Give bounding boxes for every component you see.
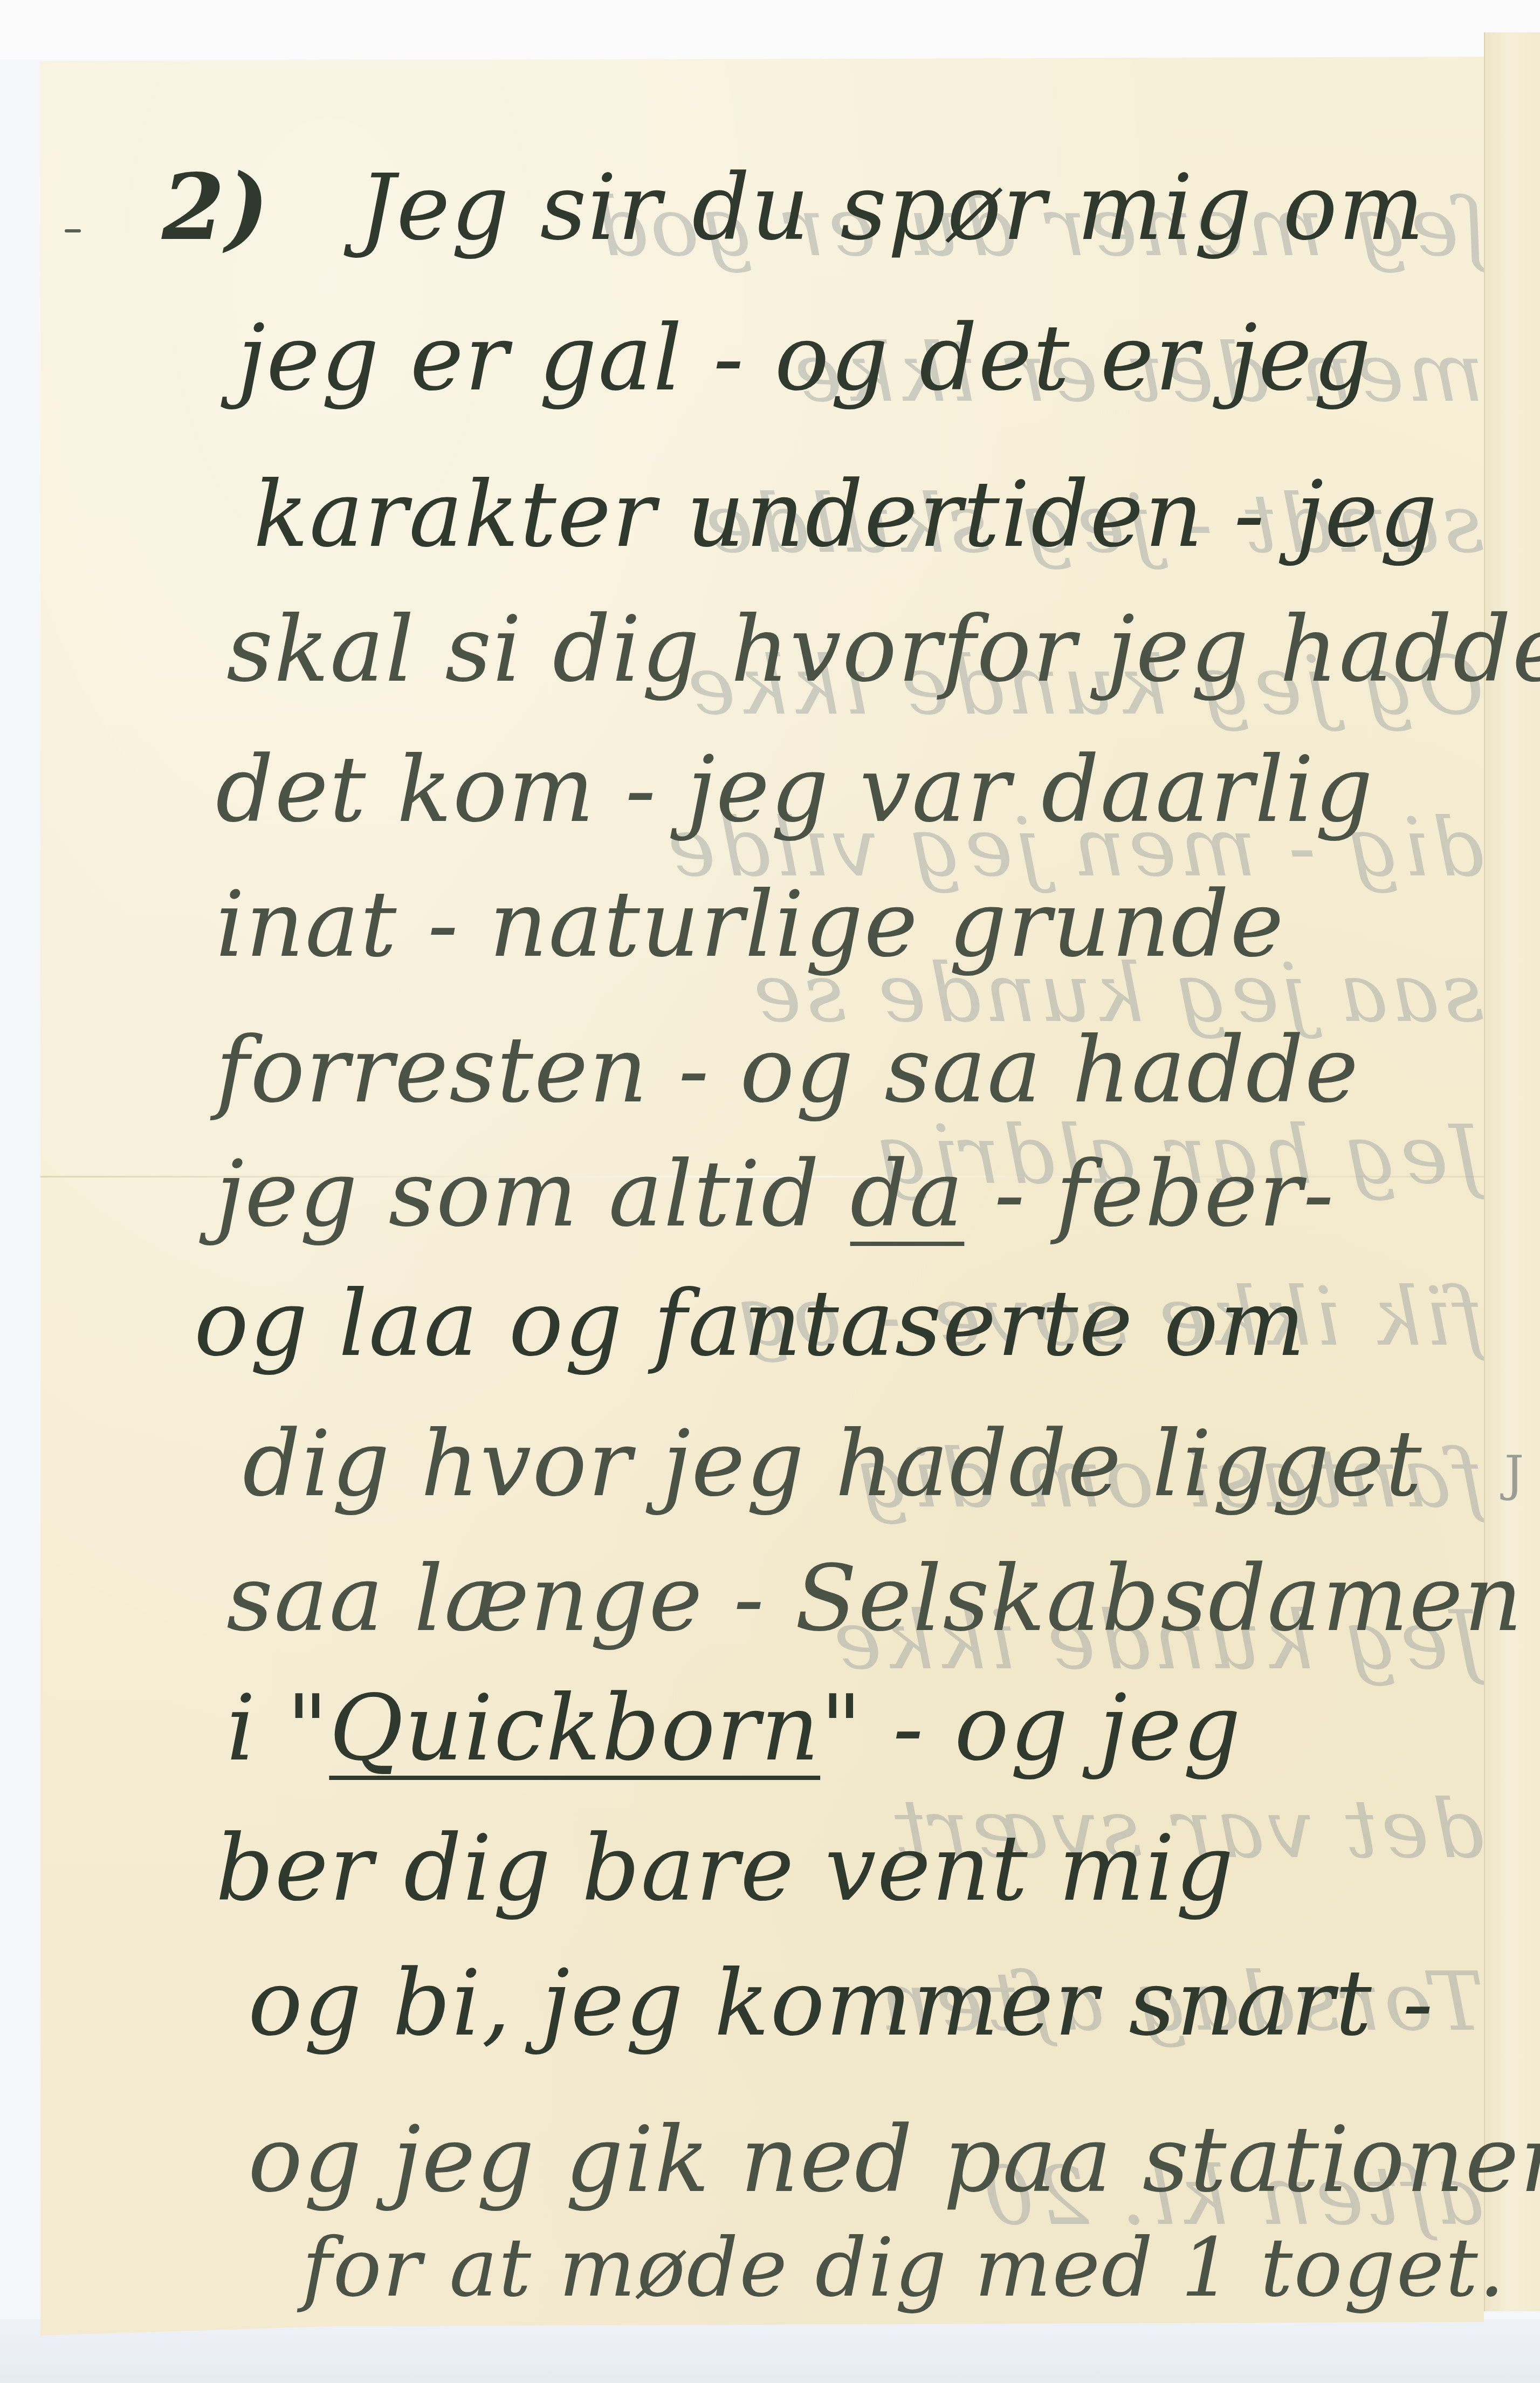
underlined-word: Quickborn [329,1675,820,1781]
line-text: i " [226,1675,329,1781]
letter-line-3: karakter undertiden - jeg [253,469,1439,560]
letter-line-11: saa længe - Selskabsdamen [226,1553,1523,1644]
line-text: Jeg sir du spør mig om [359,155,1426,261]
letter-line-5: det kom - jeg var daarlig [216,744,1374,835]
line-text: jeg som altid [216,1141,850,1247]
letter-line-16: for at møde dig med 1 toget. [302,2228,1505,2309]
line-text: " - og jeg [820,1675,1242,1781]
adjacent-sheet-edge [1484,32,1540,2311]
letter-line-2: jeg er gal - og det er jeg [237,313,1372,403]
letter-line-10: dig hvor jeg hadde ligget [243,1419,1422,1509]
underlined-word: da [850,1141,965,1247]
letter-line-13: ber dig bare vent mig [216,1823,1235,1914]
letter-line-12: i "Quickborn" - og jeg [226,1683,1242,1773]
letter-line-1: 2) Jeg sir du spør mig om [162,162,1425,253]
letter-line-9: og laa og fantaserte om [194,1278,1307,1369]
scan-background-top [0,0,1540,59]
letter-line-6: inat - naturlige grunde [216,879,1285,970]
letter-line-15: og jeg gik ned paa stationen [248,2114,1540,2205]
letter-line-14: og bi, jeg kommer snart - [248,1958,1434,2049]
margin-mark [65,229,81,232]
line-text: - feber- [964,1141,1335,1247]
adjacent-sheet-letter: J [1504,1446,1524,1502]
letter-line-4: skal si dig hvorfor jeg hadde [226,604,1540,695]
letter-line-7: forresten - og saa hadde [216,1025,1359,1115]
page-number: 2) [162,154,270,261]
letter-line-8: jeg som altid da - feber- [216,1149,1335,1240]
